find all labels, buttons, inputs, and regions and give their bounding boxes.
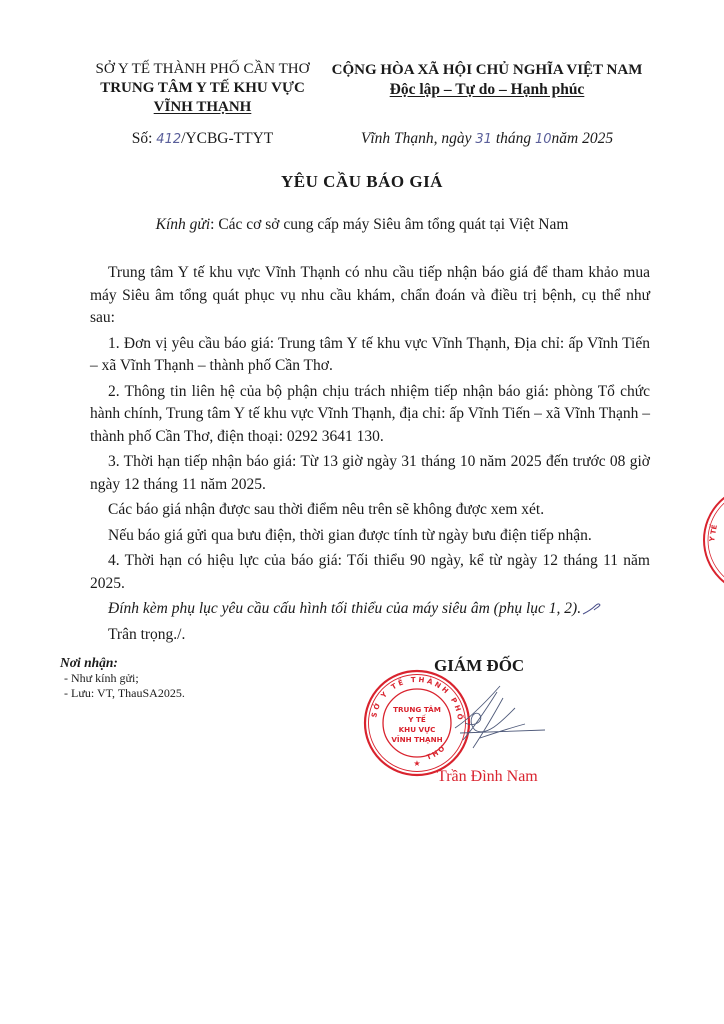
item-2: 2. Thông tin liên hệ của bộ phận chịu tr… bbox=[90, 381, 650, 449]
national-title: CỘNG HÒA XÃ HỘI CHỦ NGHĨA VIỆT NAM bbox=[322, 60, 652, 80]
receiver-item: - Như kính gửi; bbox=[60, 671, 290, 686]
item-3: 3. Thời hạn tiếp nhận báo giá: Từ 13 giờ… bbox=[90, 451, 650, 496]
svg-text:Y TẾ: Y TẾ bbox=[407, 714, 426, 724]
handwritten-number: 412 bbox=[156, 132, 181, 147]
recipient-label: Kính gửi bbox=[156, 216, 211, 233]
signatory-name: Trần Đình Nam bbox=[437, 768, 538, 786]
receivers-label: Nơi nhận: bbox=[60, 655, 290, 671]
document-date: Vĩnh Thạnh, ngày 31 tháng 10năm 2025 bbox=[322, 130, 652, 148]
national-motto-block: CỘNG HÒA XÃ HỘI CHỦ NGHĨA VIỆT NAM Độc l… bbox=[322, 60, 652, 100]
attachment-text: Đính kèm phụ lục yêu cầu cấu hình tối th… bbox=[108, 600, 581, 617]
date-prefix: Vĩnh Thạnh, ngày bbox=[361, 130, 476, 147]
recipient-line: Kính gửi: Các cơ sở cung cấp máy Siêu âm… bbox=[0, 216, 724, 234]
agency-name-line1: TRUNG TÂM Y TẾ KHU VỰC bbox=[60, 79, 345, 98]
date-suffix: năm 2025 bbox=[552, 130, 614, 147]
partial-edge-stamp: Y TẾ bbox=[700, 480, 724, 600]
item-4: 4. Thời hạn có hiệu lực của báo giá: Tối… bbox=[90, 550, 650, 595]
svg-text:KHU VỰC: KHU VỰC bbox=[399, 725, 436, 734]
director-signature bbox=[445, 678, 555, 758]
svg-text:VĨNH THẠNH: VĨNH THẠNH bbox=[391, 735, 442, 744]
receivers-block: Nơi nhận: - Như kính gửi; - Lưu: VT, Tha… bbox=[60, 655, 290, 701]
item-1: 1. Đơn vị yêu cầu báo giá: Trung tâm Y t… bbox=[90, 333, 650, 378]
national-motto: Độc lập – Tự do – Hạnh phúc bbox=[390, 81, 585, 98]
issuing-agency-block: SỞ Y TẾ THÀNH PHỐ CẦN THƠ TRUNG TÂM Y TẾ… bbox=[60, 60, 345, 117]
document-body: Trung tâm Y tế khu vực Vĩnh Thạnh có nhu… bbox=[104, 262, 650, 649]
parent-agency: SỞ Y TẾ THÀNH PHỐ CẦN THƠ bbox=[60, 60, 345, 79]
handwritten-day: 31 bbox=[475, 132, 492, 147]
intro-paragraph: Trung tâm Y tế khu vực Vĩnh Thạnh có nhu… bbox=[90, 262, 650, 330]
number-suffix: /YCBG-TTYT bbox=[181, 130, 273, 147]
receiver-item: - Lưu: VT, ThauSA2025. bbox=[60, 686, 290, 701]
initial-mark-icon bbox=[581, 602, 603, 616]
date-mid: tháng bbox=[492, 130, 535, 147]
note-postal: Nếu báo giá gửi qua bưu điện, thời gian … bbox=[108, 525, 650, 548]
document-title: YÊU CẦU BÁO GIÁ bbox=[0, 172, 724, 192]
closing: Trân trọng./. bbox=[108, 624, 650, 647]
svg-text:Y TẾ: Y TẾ bbox=[706, 524, 719, 544]
svg-text:TRUNG TÂM: TRUNG TÂM bbox=[393, 705, 441, 714]
signatory-title: GIÁM ĐỐC bbox=[434, 656, 524, 676]
svg-text:★: ★ bbox=[413, 759, 420, 768]
handwritten-month: 10 bbox=[535, 132, 552, 147]
attachment-note: Đính kèm phụ lục yêu cầu cấu hình tối th… bbox=[108, 598, 650, 621]
recipient-text: : Các cơ sở cung cấp máy Siêu âm tổng qu… bbox=[210, 216, 568, 233]
agency-name-line2: VĨNH THẠNH bbox=[154, 99, 252, 115]
note-late-quotes: Các báo giá nhận được sau thời điểm nêu … bbox=[108, 499, 650, 522]
document-number: Số: 412/YCBG-TTYT bbox=[60, 130, 345, 148]
number-prefix: Số: bbox=[132, 130, 157, 147]
